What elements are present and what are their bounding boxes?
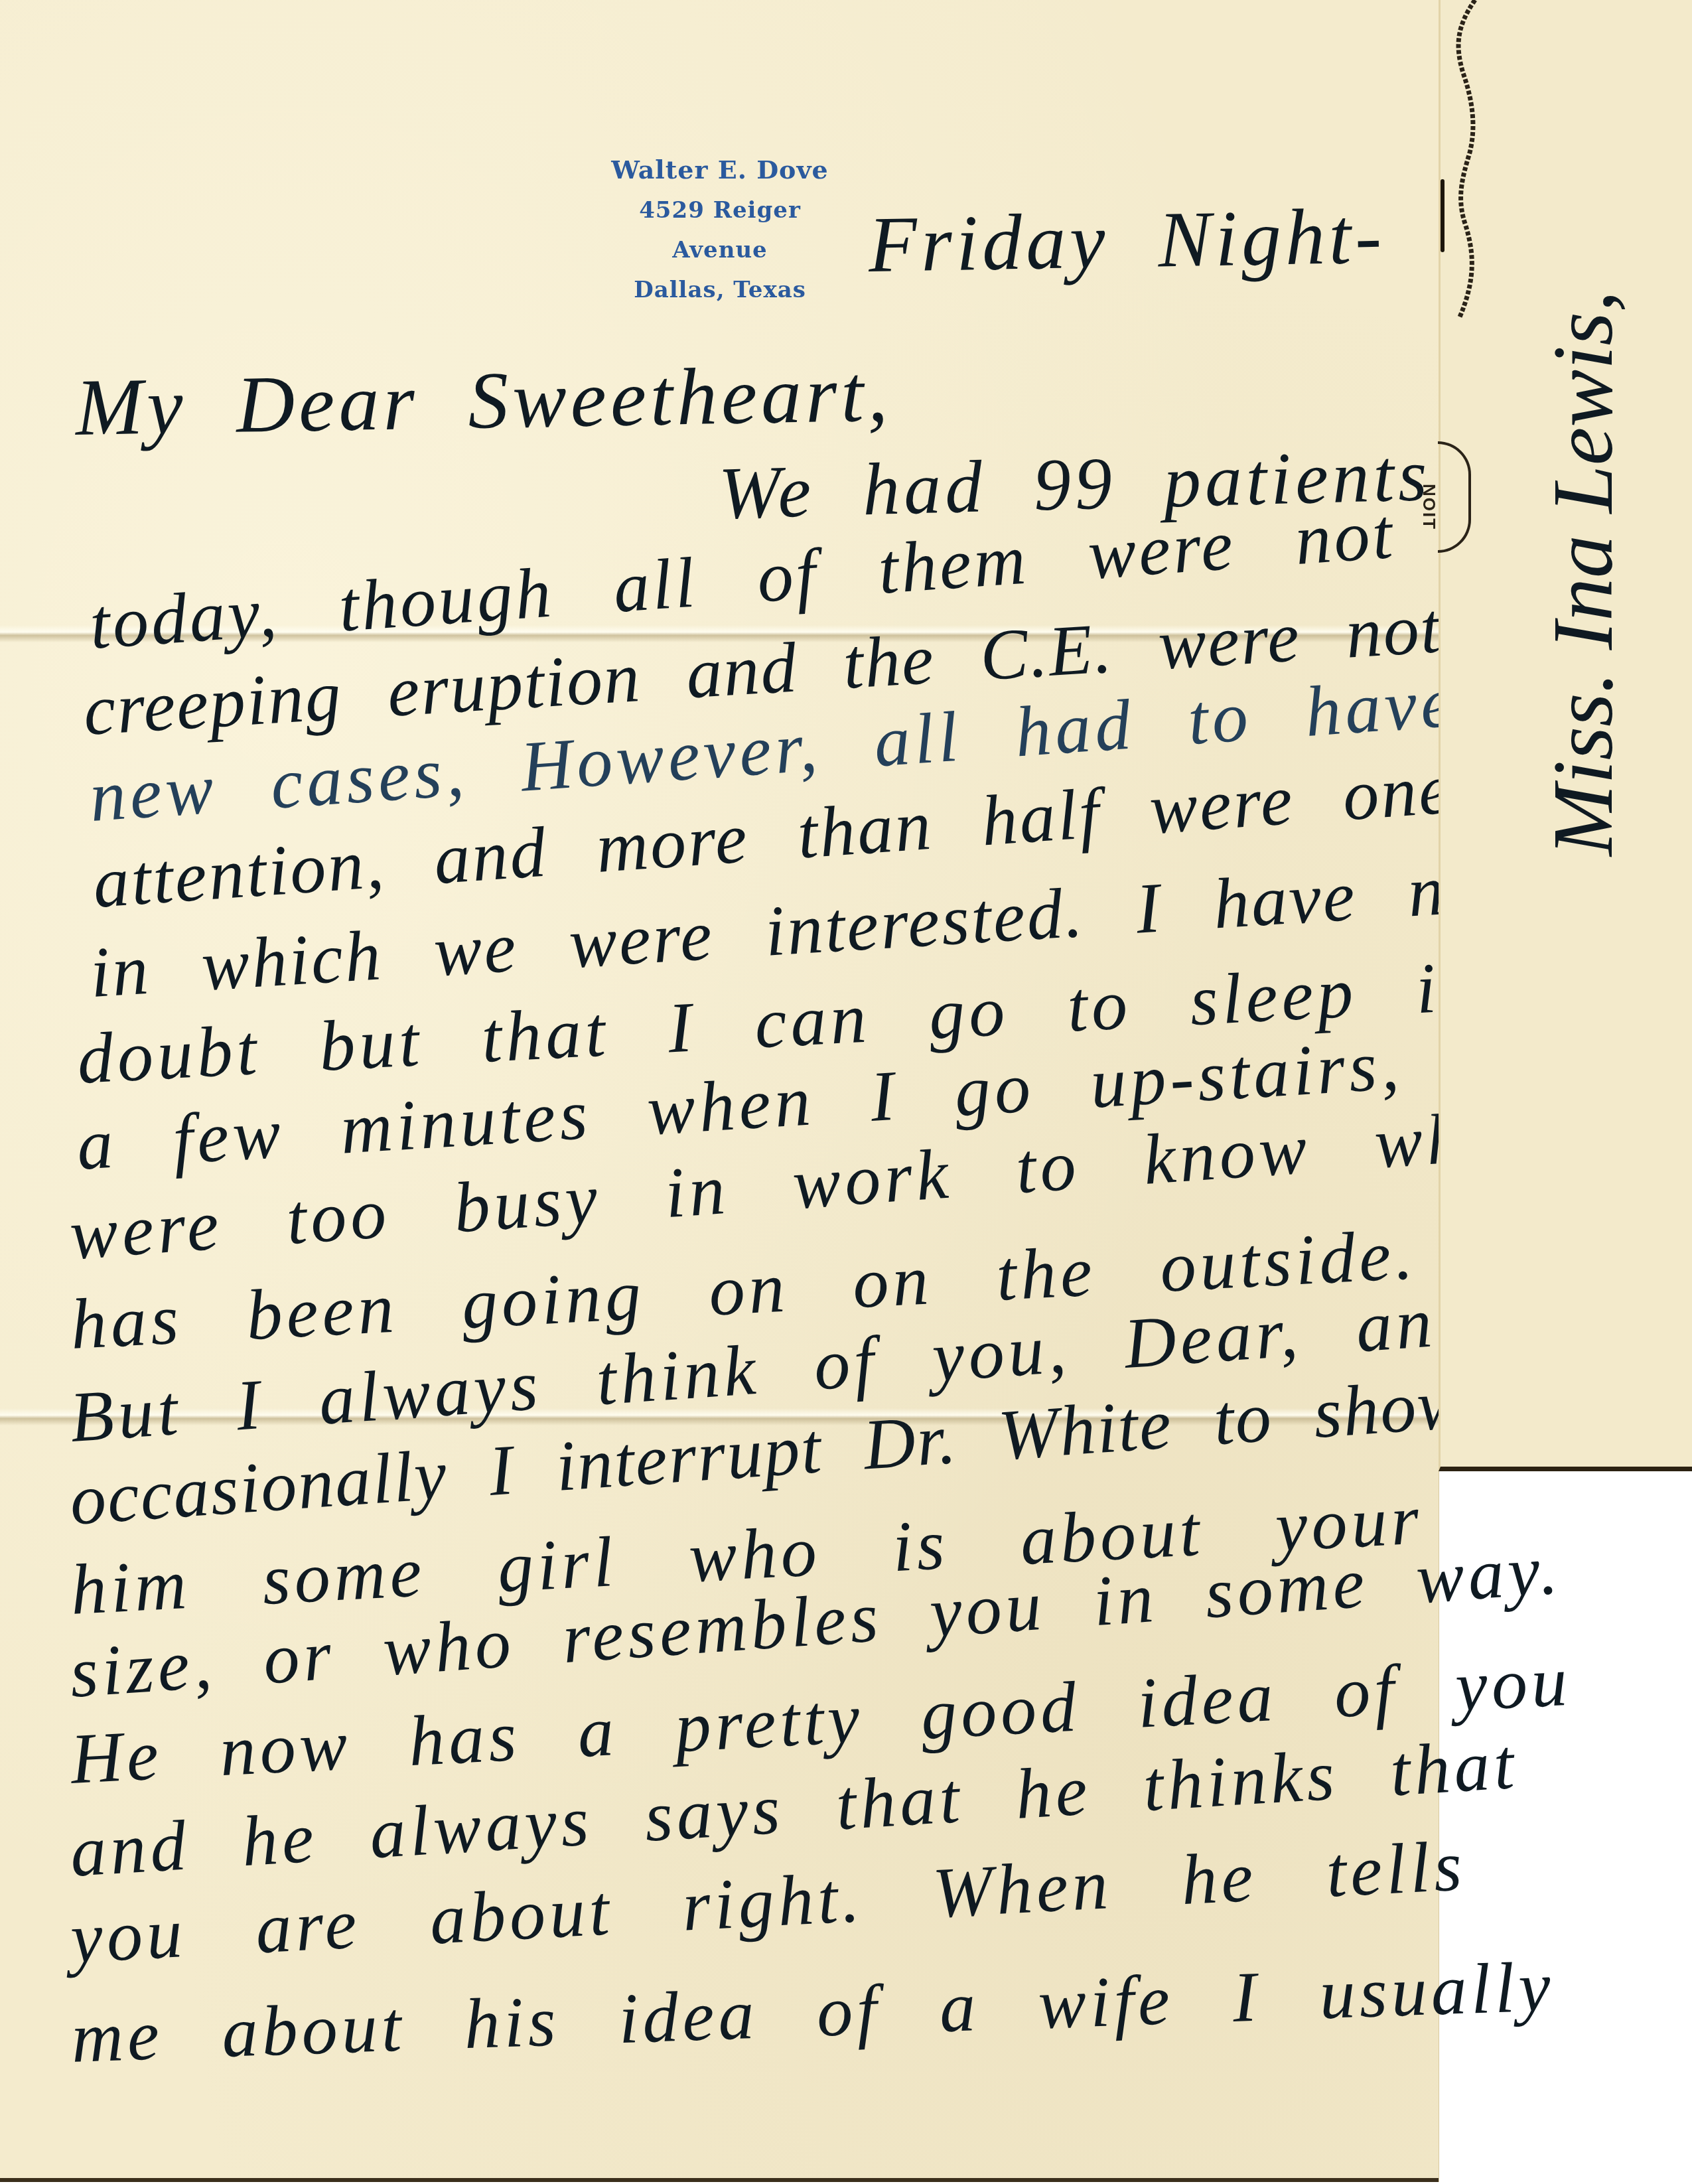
salutation: My Dear Sweetheart,: [75, 348, 892, 455]
envelope-address-line-1: Miss. Ina Lewis,: [1533, 291, 1633, 856]
postmark-edge-mark: [1441, 179, 1445, 252]
dateline: Friday Night-: [868, 190, 1387, 291]
cancellation-wave-icon: [1450, 0, 1483, 319]
postmark-text: NOIT: [1419, 484, 1439, 530]
letterhead-name: Walter E. Dove: [597, 149, 843, 190]
postmark: NOIT: [1438, 441, 1471, 553]
letter-page: Walter E. Dove 4529 Reiger Avenue Dallas…: [0, 0, 1439, 2182]
envelope: NOIT Miss. Ina Lewis, 7: [1439, 0, 1692, 1471]
envelope-address-line-2-partial: 7: [1676, 700, 1692, 737]
letterhead-street: 4529 Reiger Avenue: [597, 190, 843, 270]
letterhead-city: Dallas, Texas: [597, 270, 843, 310]
letterhead: Walter E. Dove 4529 Reiger Avenue Dallas…: [597, 149, 843, 310]
